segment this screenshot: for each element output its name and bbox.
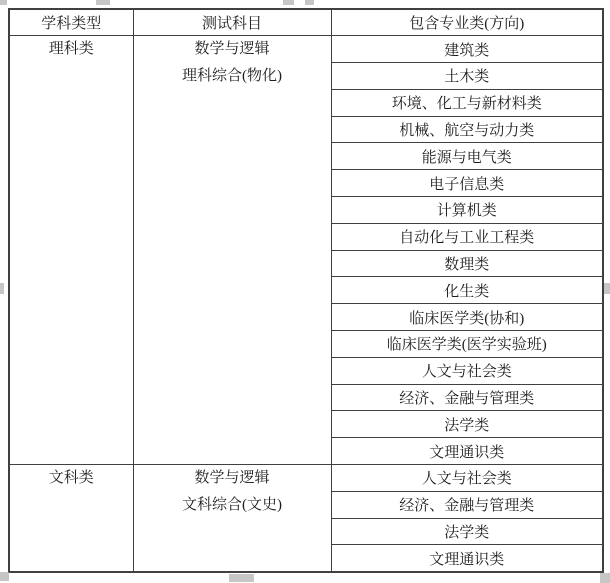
major-cell: 法学类 [331, 518, 603, 545]
test-subject-label: 数学与逻辑 [134, 465, 331, 492]
table-row: 理科类数学与逻辑理科综合(物化)建筑类 [9, 36, 603, 63]
major-cell: 建筑类 [331, 36, 603, 63]
scan-artifact [96, 0, 110, 5]
major-cell: 人文与社会类 [331, 465, 603, 492]
test-subject-label: 理科综合(物化) [134, 63, 331, 90]
major-cell: 化生类 [331, 277, 603, 304]
test-subject-label: 数学与逻辑 [134, 36, 331, 63]
major-cell: 临床医学类(协和) [331, 304, 603, 331]
table-body: 理科类数学与逻辑理科综合(物化)建筑类土木类环境、化工与新材料类机械、航空与动力… [9, 36, 603, 572]
scan-artifact [283, 0, 294, 5]
table-row: 文科类数学与逻辑文科综合(文史)人文与社会类 [9, 465, 603, 492]
major-cell: 计算机类 [331, 197, 603, 224]
major-cell: 经济、金融与管理类 [331, 384, 603, 411]
scan-artifact [0, 283, 4, 294]
scan-artifact [0, 0, 7, 5]
scan-artifact [604, 283, 610, 294]
subject-type-cell: 理科类 [9, 36, 133, 465]
test-subjects-cell: 数学与逻辑理科综合(物化) [133, 36, 331, 465]
test-subject-label: 文科综合(文史) [134, 492, 331, 519]
subject-type-label: 理科类 [10, 36, 133, 63]
major-cell: 临床医学类(医学实验班) [331, 331, 603, 358]
column-header-majors: 包含专业类(方向) [331, 9, 603, 36]
header-row: 学科类型 测试科目 包含专业类(方向) [9, 9, 603, 36]
major-cell: 能源与电气类 [331, 143, 603, 170]
major-cell: 机械、航空与动力类 [331, 116, 603, 143]
subject-category-table-wrap: 学科类型 测试科目 包含专业类(方向) 理科类数学与逻辑理科综合(物化)建筑类土… [8, 8, 604, 573]
major-cell: 电子信息类 [331, 170, 603, 197]
column-header-subject-type: 学科类型 [9, 9, 133, 36]
major-cell: 土木类 [331, 63, 603, 90]
scan-artifact [229, 574, 254, 582]
scan-artifact [305, 0, 314, 5]
subject-category-table: 学科类型 测试科目 包含专业类(方向) 理科类数学与逻辑理科综合(物化)建筑类土… [8, 8, 604, 573]
scan-artifact [600, 573, 610, 583]
major-cell: 文理通识类 [331, 438, 603, 465]
major-cell: 文理通识类 [331, 545, 603, 572]
column-header-test-subjects: 测试科目 [133, 9, 331, 36]
major-cell: 经济、金融与管理类 [331, 491, 603, 518]
major-cell: 环境、化工与新材料类 [331, 89, 603, 116]
scan-artifact [0, 572, 9, 581]
test-subjects-cell: 数学与逻辑文科综合(文史) [133, 465, 331, 572]
major-cell: 自动化与工业工程类 [331, 223, 603, 250]
major-cell: 法学类 [331, 411, 603, 438]
subject-type-label: 文科类 [10, 465, 133, 492]
major-cell: 人文与社会类 [331, 357, 603, 384]
subject-type-cell: 文科类 [9, 465, 133, 572]
major-cell: 数理类 [331, 250, 603, 277]
